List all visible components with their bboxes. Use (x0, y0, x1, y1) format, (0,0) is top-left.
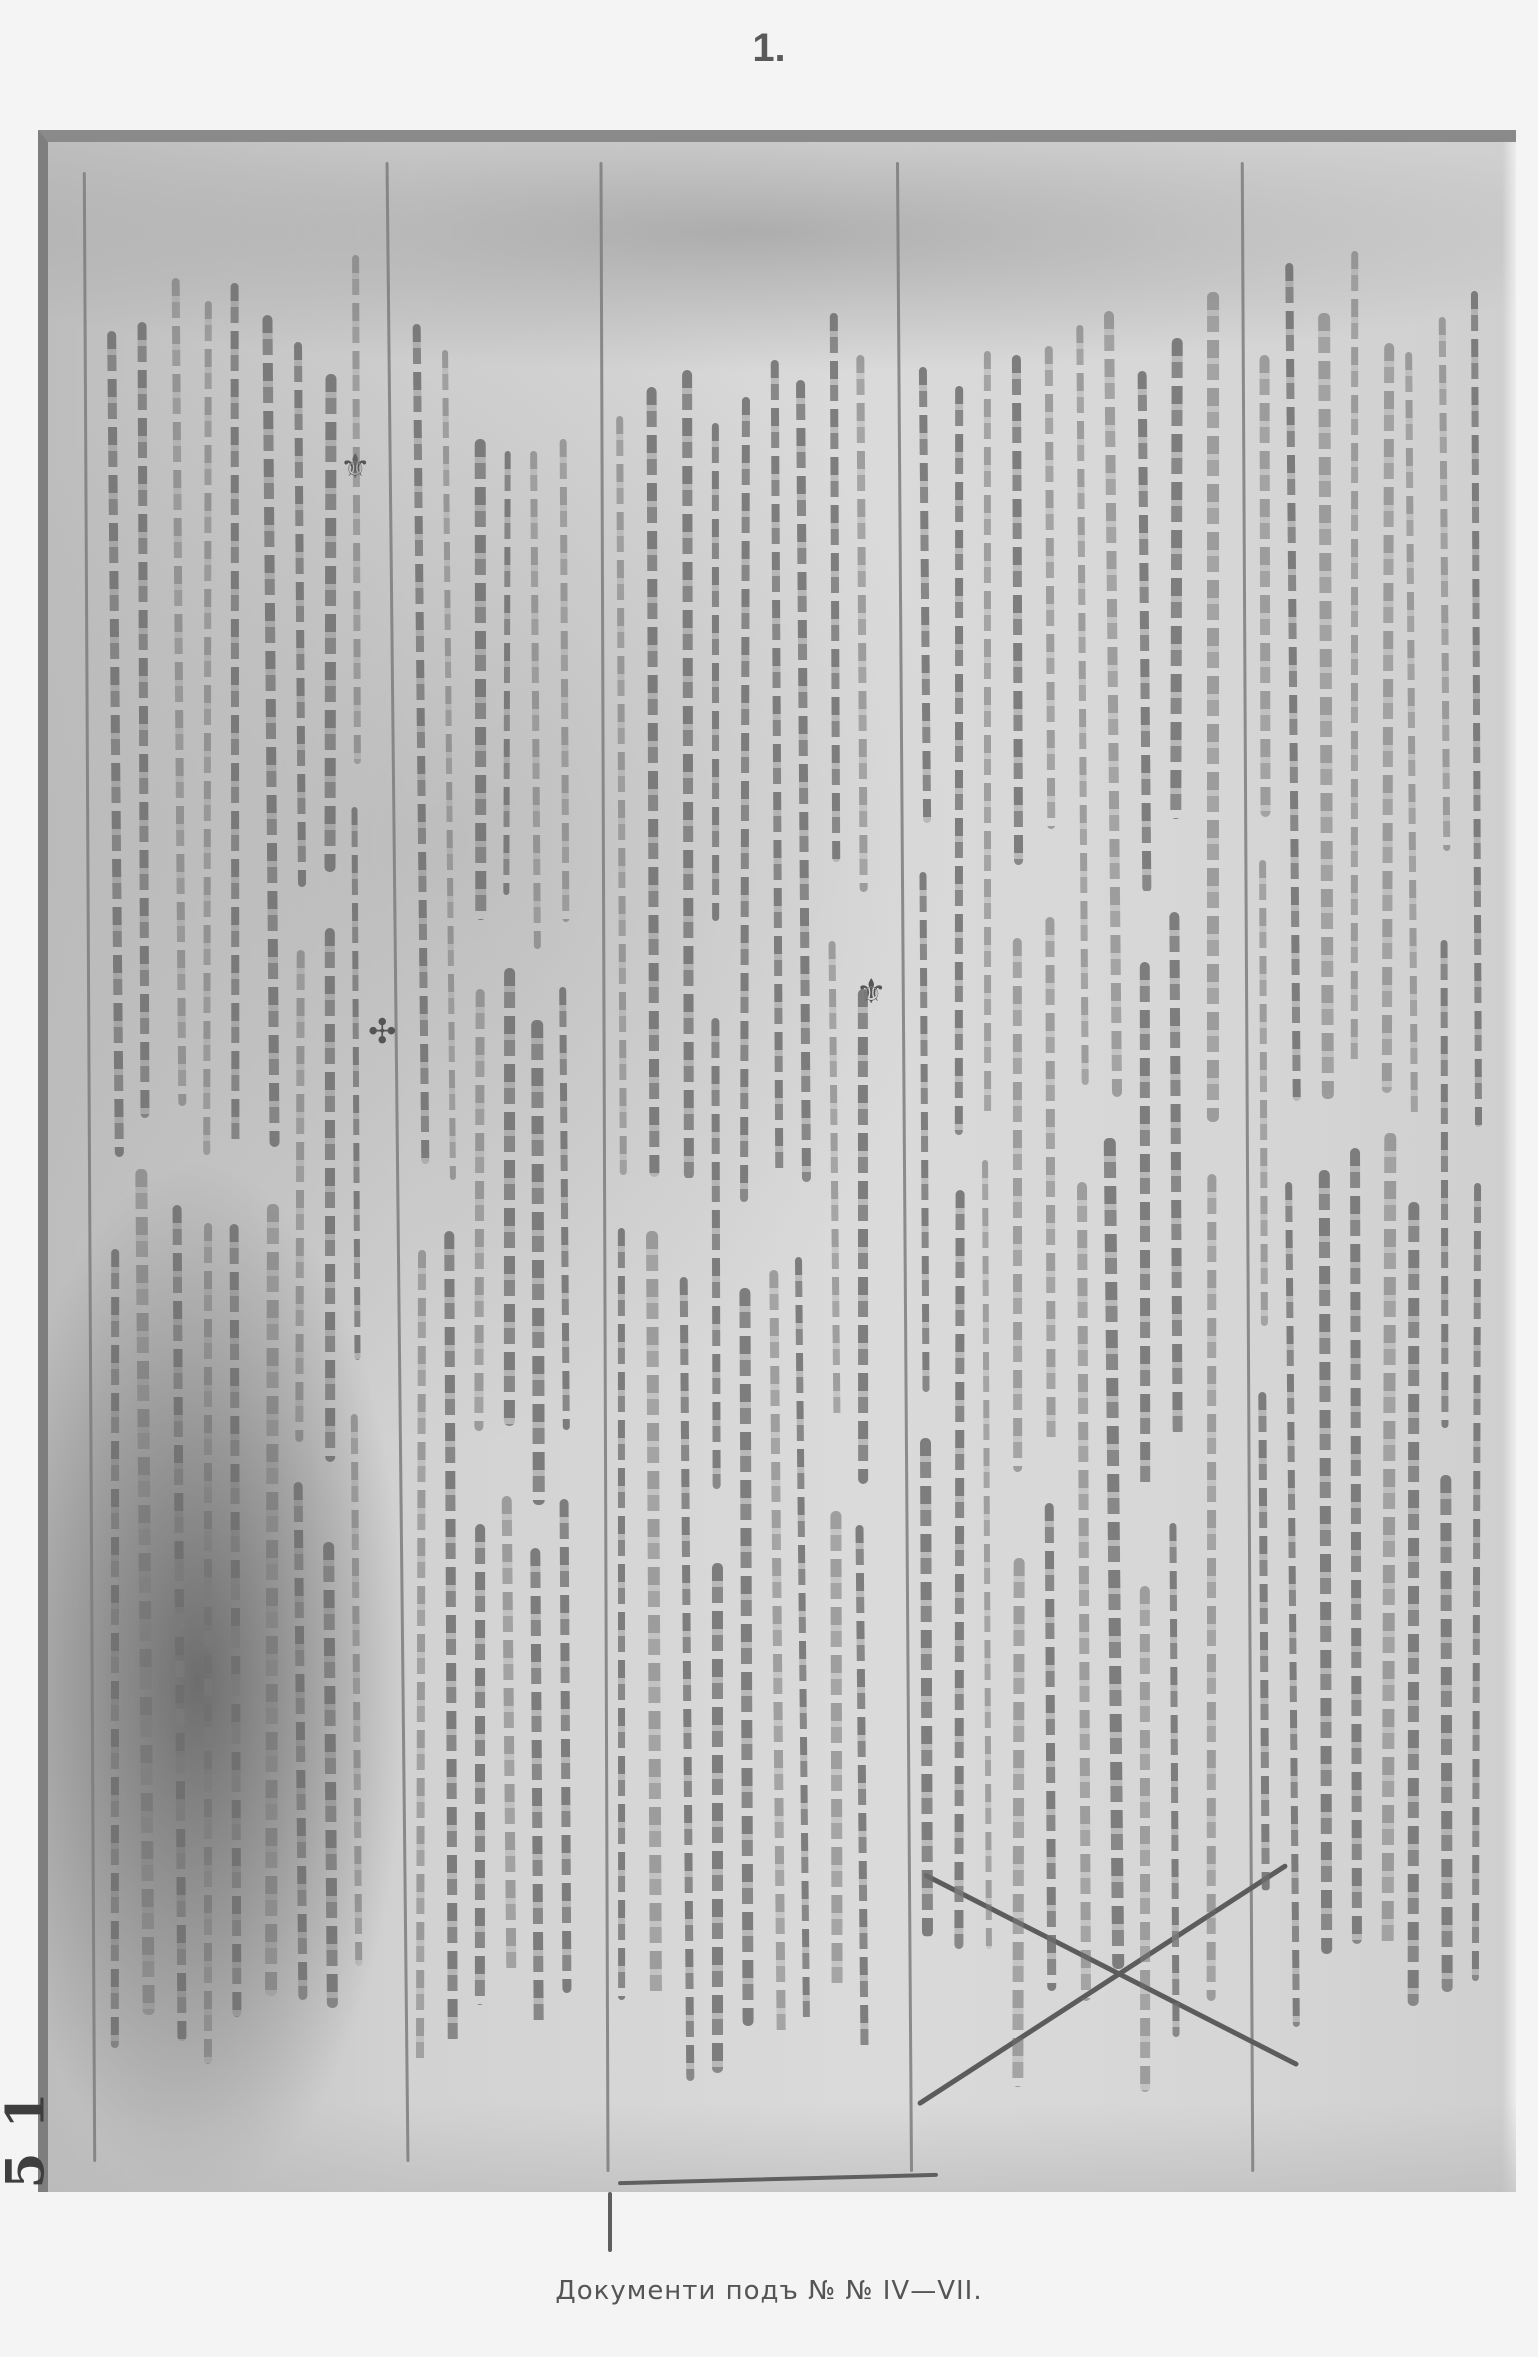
manuscript-photo: ⚜ ✣ ⚜ (38, 130, 1516, 2192)
handwritten-line (107, 330, 124, 1156)
handwritten-line (679, 1277, 694, 2081)
handwritten-line (1045, 1503, 1056, 1991)
handwritten-line (1045, 346, 1056, 829)
handwritten-line (982, 1160, 992, 1949)
handwritten-line (230, 1224, 241, 2017)
column-divider (896, 162, 913, 2172)
handwritten-line (204, 1223, 213, 2064)
handwritten-line (830, 313, 840, 862)
handwritten-line (172, 1205, 186, 2041)
handwritten-line (203, 301, 212, 1155)
handwritten-line (1259, 355, 1270, 817)
handwritten-line (559, 987, 569, 1430)
handwritten-line (1351, 251, 1359, 1065)
handwritten-line (740, 1288, 754, 2026)
handwritten-line (442, 349, 456, 1179)
handwritten-line (618, 1228, 625, 2000)
handwritten-line (1405, 352, 1417, 1114)
handwritten-line (919, 872, 929, 1392)
column-divider (386, 162, 410, 2162)
handwritten-line (324, 928, 335, 1462)
handwritten-line (1103, 1138, 1124, 1969)
photo-edge (1502, 142, 1516, 2192)
handwritten-line (796, 380, 811, 1182)
handwritten-line (1140, 962, 1151, 1490)
handwritten-line (474, 1524, 484, 2005)
handwritten-line (1440, 1475, 1453, 1992)
handwritten-line (1012, 938, 1021, 1472)
handwritten-line (559, 439, 569, 922)
handwritten-line (1103, 311, 1121, 1097)
handwritten-line (1011, 355, 1022, 865)
handwritten-line (1382, 1133, 1397, 1945)
handwritten-line (1319, 1170, 1333, 1954)
handwritten-line (231, 283, 240, 1145)
handwritten-line (559, 1499, 571, 1993)
column-divider (83, 172, 96, 2162)
handwritten-line (1408, 1202, 1420, 2006)
handwritten-line (1137, 371, 1151, 892)
bracket-stroke (608, 2192, 612, 2252)
handwritten-line (646, 1231, 662, 1998)
handwritten-line (955, 386, 963, 1135)
handwritten-line (504, 968, 515, 1426)
handwritten-line (351, 1414, 362, 1966)
handwritten-line (531, 1548, 544, 2027)
handwritten-line (444, 1231, 457, 2043)
handwritten-line (712, 423, 719, 921)
handwritten-line (1076, 325, 1089, 1085)
handwritten-line (1207, 292, 1219, 1122)
handwritten-line (1382, 343, 1395, 1093)
handwritten-line (1285, 1182, 1300, 2027)
handwritten-line (1285, 263, 1301, 1101)
handwritten-line (856, 1525, 869, 2048)
handwritten-line (771, 360, 784, 1171)
handwritten-line (830, 1511, 842, 1988)
handwritten-line (1259, 860, 1268, 1326)
handwritten-line (1318, 313, 1334, 1099)
handwritten-line (1012, 1558, 1024, 2087)
handwritten-line (617, 416, 627, 1175)
handwritten-line (740, 397, 750, 1202)
margin-mark: 5 (0, 2152, 57, 2188)
handwritten-line (984, 351, 991, 1114)
handwritten-line (770, 1270, 787, 2036)
handwritten-line (135, 1169, 154, 2015)
handwritten-line (171, 278, 185, 1106)
handwritten-line (265, 1204, 279, 1996)
handwritten-line (1471, 291, 1482, 1127)
handwritten-line (416, 1250, 426, 2063)
handwritten-line (711, 1018, 720, 1489)
handwritten-line (1170, 338, 1182, 819)
handwritten-line (531, 451, 542, 949)
handwritten-line (647, 387, 660, 1177)
handwritten-line (920, 1438, 933, 1937)
column-divider (599, 162, 609, 2172)
handwritten-line (324, 374, 336, 872)
handwritten-line (1440, 940, 1448, 1428)
handwritten-line (828, 941, 840, 1421)
margin-mark: 1 (0, 2092, 57, 2128)
handwritten-line (919, 367, 931, 823)
column-divider (1241, 162, 1255, 2172)
page-number: 1. (0, 26, 1538, 71)
handwritten-line (501, 1496, 516, 1971)
handwritten-line (352, 255, 361, 764)
handwritten-line (858, 989, 868, 1484)
handwritten-line (1169, 1523, 1180, 2037)
handwritten-line (262, 315, 280, 1147)
handwritten-line (1258, 1392, 1270, 1891)
handwritten-line (1169, 912, 1182, 1435)
handwritten-line (712, 1563, 723, 2073)
seal-mark: ✣ (368, 1012, 397, 1052)
handwritten-line (474, 989, 484, 1431)
handwritten-line (351, 807, 360, 1360)
handwritten-line (1471, 1183, 1481, 1981)
handwritten-line (1350, 1148, 1362, 1944)
handwritten-line (682, 370, 694, 1179)
handwritten-line (1077, 1182, 1091, 2001)
handwritten-line (293, 1482, 306, 2000)
handwritten-line (503, 451, 511, 895)
handwritten-line (1439, 317, 1451, 851)
handwritten-line (295, 950, 304, 1442)
handwritten-line (138, 322, 150, 1118)
page-caption: Документи подъ № № IV—VII. (0, 2276, 1538, 2306)
handwritten-line (856, 355, 868, 892)
handwritten-line (1140, 1586, 1150, 2092)
handwritten-line (323, 1542, 338, 2008)
handwritten-line (1045, 917, 1056, 1442)
handwritten-line (954, 1190, 964, 1949)
handwritten-line (532, 1020, 545, 1505)
handwritten-line (1207, 1174, 1217, 2001)
handwritten-line (474, 439, 486, 920)
handwritten-line (294, 342, 306, 887)
handwritten-line (795, 1257, 810, 2025)
handwritten-line (111, 1249, 119, 2048)
handwritten-line (412, 324, 429, 1164)
